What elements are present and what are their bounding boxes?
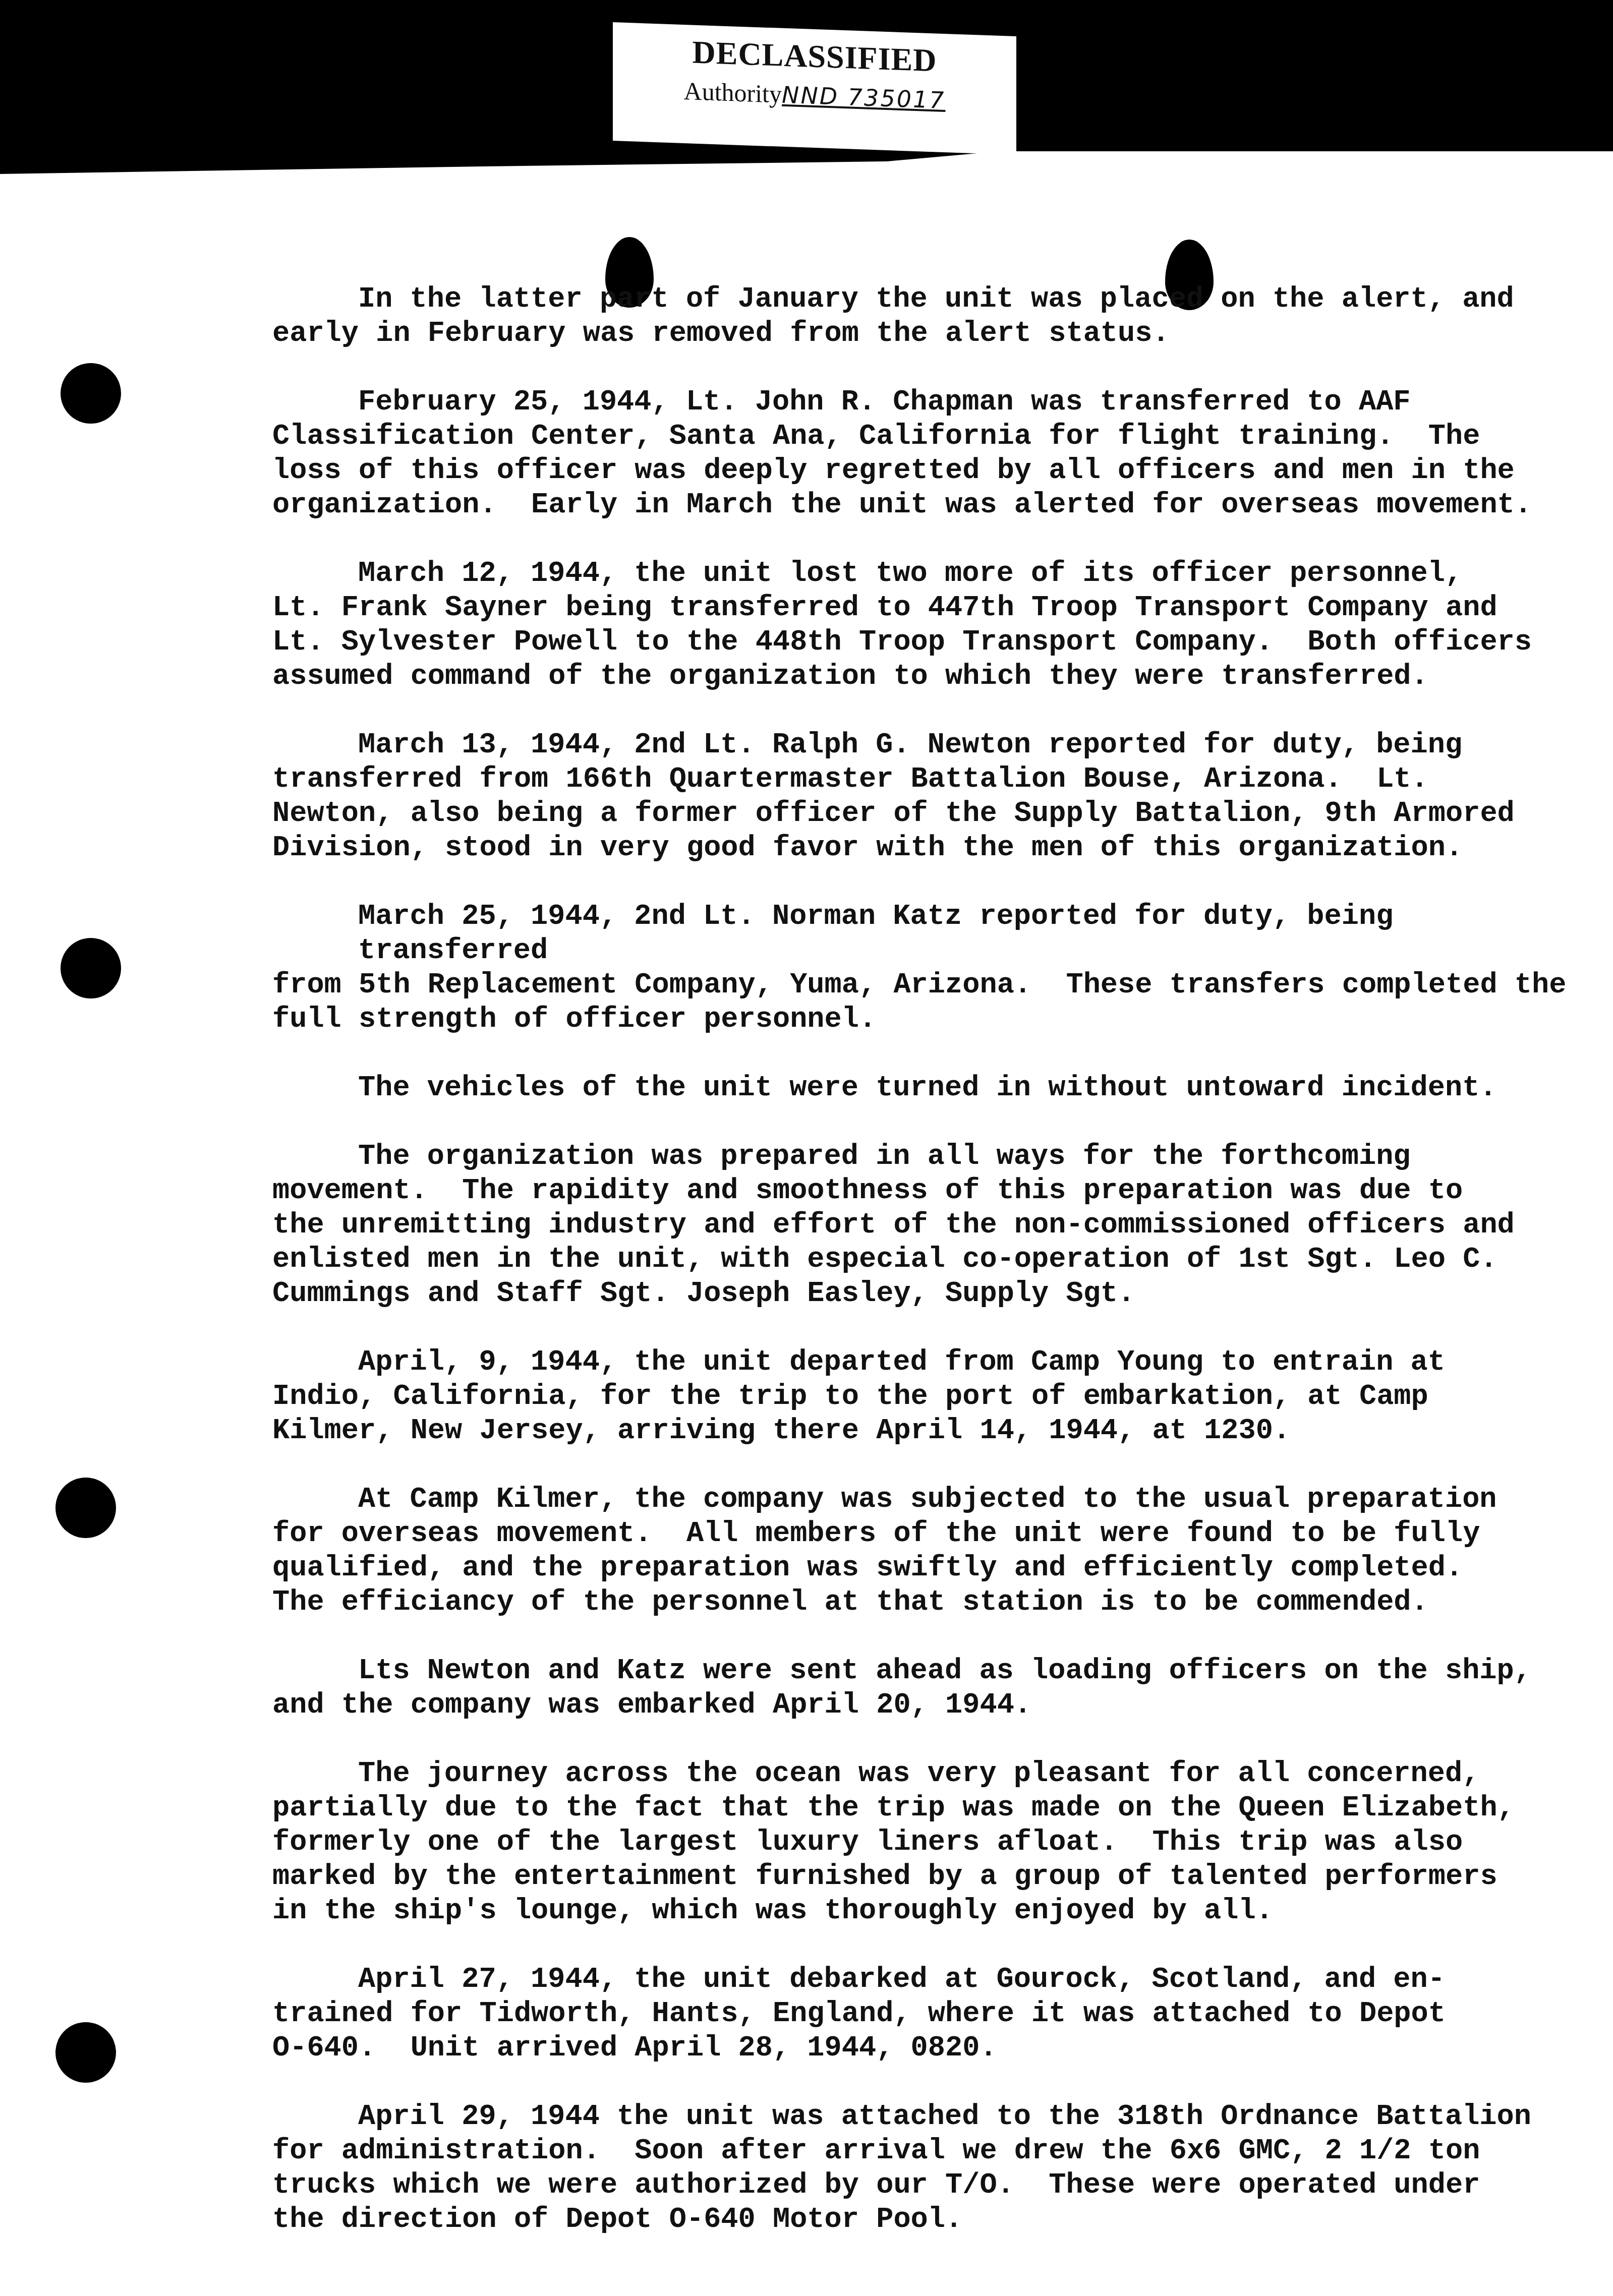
punch-hole-icon [55, 1478, 116, 1538]
document-body: In the latter part of January the unit w… [272, 282, 1584, 2271]
text-line: Cummings and Staff Sgt. Joseph Easley, S… [272, 1277, 1584, 1311]
paragraph: March 25, 1944, 2nd Lt. Norman Katz repo… [272, 900, 1584, 1037]
text-line: and the company was embarked April 20, 1… [272, 1688, 1584, 1723]
text-line: assumed command of the organization to w… [272, 660, 1584, 694]
text-line: organization. Early in March the unit wa… [272, 488, 1584, 522]
text-line: April 27, 1944, the unit debarked at Gou… [272, 1963, 1584, 1997]
text-line: In the latter part of January the unit w… [272, 282, 1584, 317]
stamp-authority-value: NND 735017 [782, 81, 945, 114]
text-line: for administration. Soon after arrival w… [272, 2134, 1584, 2168]
text-line: from 5th Replacement Company, Yuma, Ariz… [272, 968, 1584, 1003]
paragraph: March 12, 1944, the unit lost two more o… [272, 557, 1584, 694]
punch-hole-icon [61, 938, 121, 998]
paragraph: In the latter part of January the unit w… [272, 282, 1584, 351]
text-line: movement. The rapidity and smoothness of… [272, 1174, 1584, 1208]
stamp-title: DECLASSIFIED [613, 33, 1016, 80]
text-line: the direction of Depot O-640 Motor Pool. [272, 2203, 1584, 2237]
declassified-stamp: DECLASSIFIED AuthorityNND 735017 [613, 22, 1016, 155]
text-line: The organization was prepared in all way… [272, 1140, 1584, 1174]
paragraph: March 13, 1944, 2nd Lt. Ralph G. Newton … [272, 728, 1584, 865]
text-line: April 29, 1944 the unit was attached to … [272, 2100, 1584, 2134]
punch-hole-icon [61, 363, 121, 424]
text-line: trained for Tidworth, Hants, England, wh… [272, 1997, 1584, 2031]
text-line: full strength of officer personnel. [272, 1003, 1584, 1037]
text-line: February 25, 1944, Lt. John R. Chapman w… [272, 385, 1584, 420]
text-line: O-640. Unit arrived April 28, 1944, 0820… [272, 2031, 1584, 2066]
text-line: March 13, 1944, 2nd Lt. Ralph G. Newton … [272, 728, 1584, 762]
text-line: formerly one of the largest luxury liner… [272, 1826, 1584, 1860]
text-line: the unremitting industry and effort of t… [272, 1208, 1584, 1243]
paragraph: April 27, 1944, the unit debarked at Gou… [272, 1963, 1584, 2066]
text-line: early in February was removed from the a… [272, 317, 1584, 351]
text-line: qualified, and the preparation was swift… [272, 1551, 1584, 1585]
text-line: loss of this officer was deeply regrette… [272, 454, 1584, 488]
text-line: partially due to the fact that the trip … [272, 1791, 1584, 1826]
text-line: At Camp Kilmer, the company was subjecte… [272, 1483, 1584, 1517]
text-line: enlisted men in the unit, with especial … [272, 1243, 1584, 1277]
text-line: The efficiancy of the personnel at that … [272, 1585, 1584, 1620]
punch-hole-icon [55, 2022, 116, 2083]
text-line: Classification Center, Santa Ana, Califo… [272, 420, 1584, 454]
text-line: Lt. Sylvester Powell to the 448th Troop … [272, 625, 1584, 660]
text-line: The journey across the ocean was very pl… [272, 1757, 1584, 1791]
paragraph: Lts Newton and Katz were sent ahead as l… [272, 1654, 1584, 1723]
stamp-authority: AuthorityNND 735017 [613, 76, 1016, 115]
paragraph: The vehicles of the unit were turned in … [272, 1071, 1584, 1105]
text-line: marked by the entertainment furnished by… [272, 1860, 1584, 1894]
text-line: Lts Newton and Katz were sent ahead as l… [272, 1654, 1584, 1688]
text-line: The vehicles of the unit were turned in … [272, 1071, 1584, 1105]
paragraph: February 25, 1944, Lt. John R. Chapman w… [272, 385, 1584, 522]
paragraph: The organization was prepared in all way… [272, 1140, 1584, 1311]
text-line: March 25, 1944, 2nd Lt. Norman Katz repo… [272, 900, 1584, 968]
text-line: in the ship's lounge, which was thorough… [272, 1894, 1584, 1928]
text-line: Indio, California, for the trip to the p… [272, 1380, 1584, 1414]
paragraph: April, 9, 1944, the unit departed from C… [272, 1345, 1584, 1448]
text-line: Lt. Frank Sayner being transferred to 44… [272, 591, 1584, 625]
paragraph: At Camp Kilmer, the company was subjecte… [272, 1483, 1584, 1620]
text-line: transferred from 166th Quartermaster Bat… [272, 762, 1584, 797]
paragraph: April 29, 1944 the unit was attached to … [272, 2100, 1584, 2237]
text-line: for overseas movement. All members of th… [272, 1517, 1584, 1551]
paragraph: The journey across the ocean was very pl… [272, 1757, 1584, 1928]
text-line: March 12, 1944, the unit lost two more o… [272, 557, 1584, 591]
stamp-authority-label: Authority [684, 77, 782, 108]
text-line: trucks which we were authorized by our T… [272, 2168, 1584, 2203]
text-line: Division, stood in very good favor with … [272, 831, 1584, 865]
text-line: April, 9, 1944, the unit departed from C… [272, 1345, 1584, 1380]
text-line: Kilmer, New Jersey, arriving there April… [272, 1414, 1584, 1448]
text-line: Newton, also being a former officer of t… [272, 797, 1584, 831]
